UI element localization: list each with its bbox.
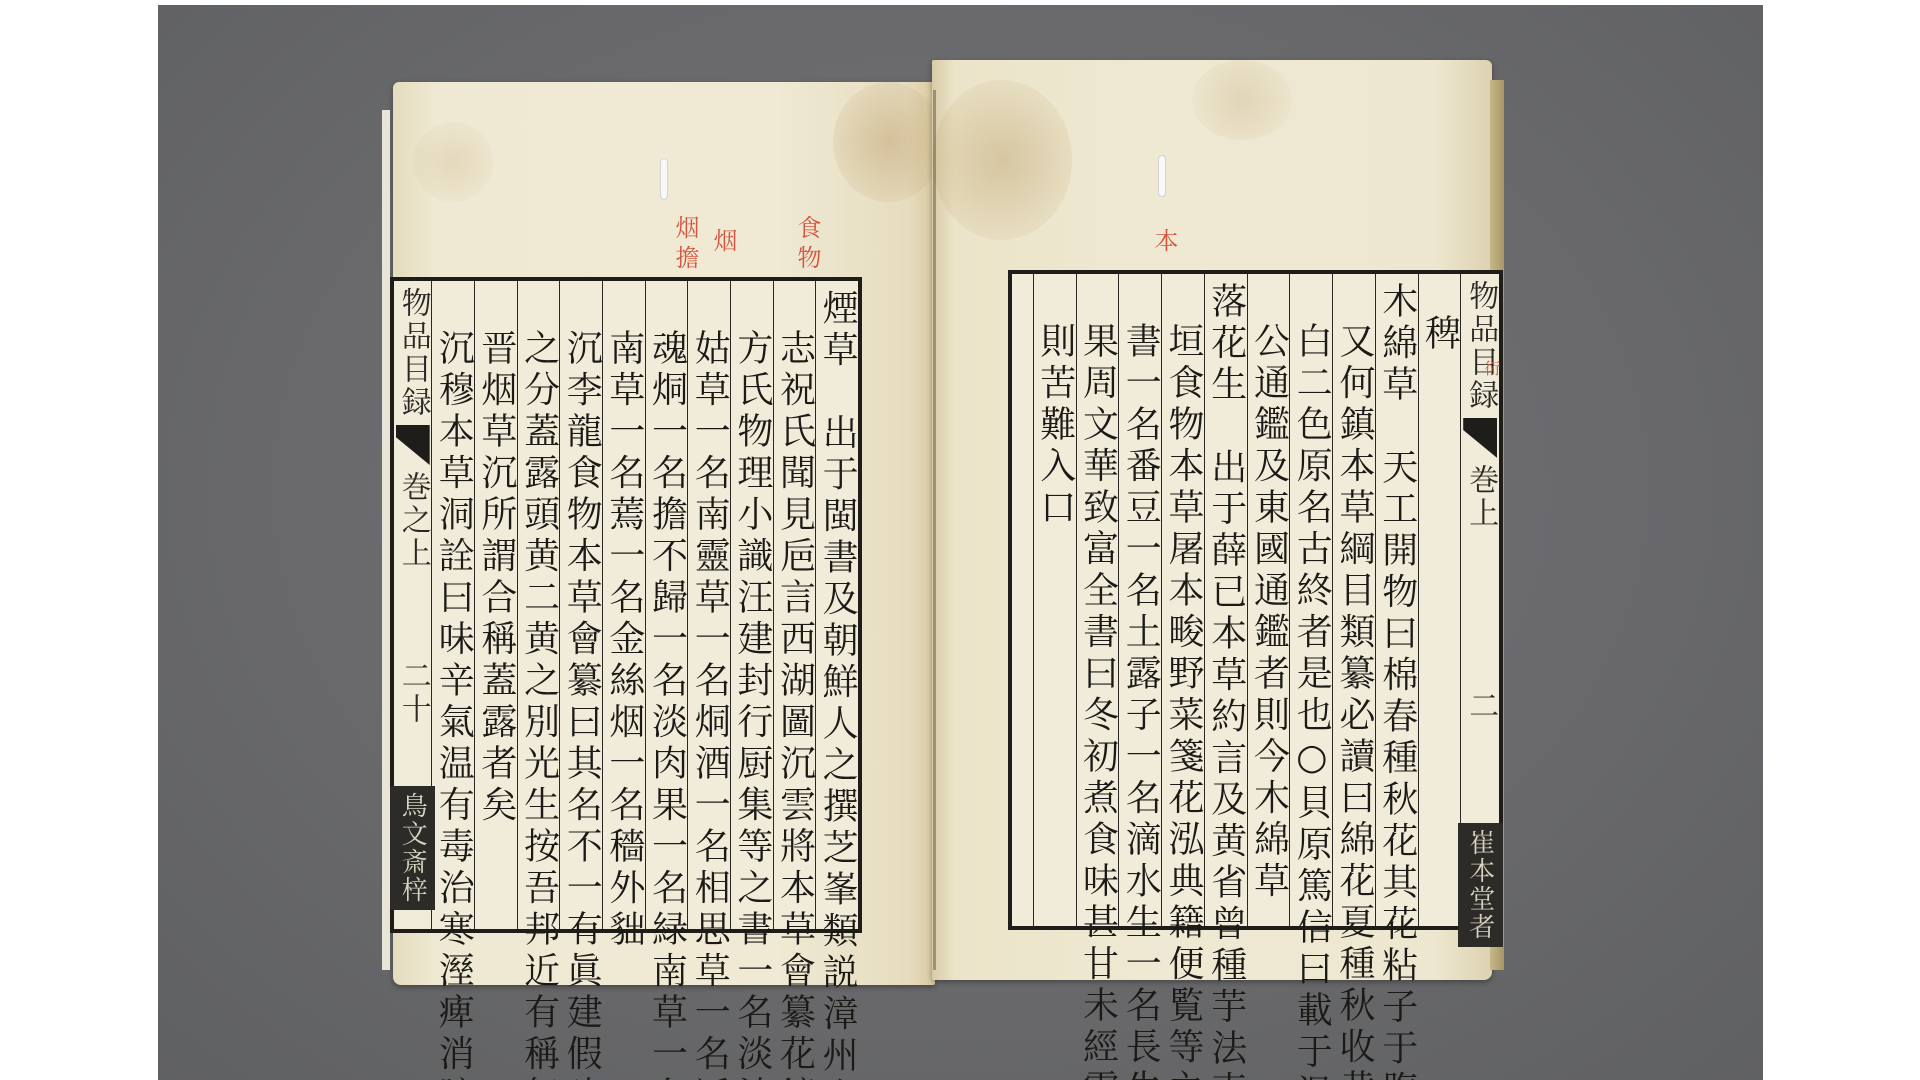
volume-label: 巻之上 — [391, 471, 435, 570]
text-column: 公通鑑及東國通鑑者則今木綿草 — [1247, 274, 1290, 926]
page-number: 二 — [1458, 690, 1502, 723]
paper-marker — [660, 158, 668, 200]
water-stain — [833, 82, 943, 202]
publisher-tag: 崔本堂者 — [1458, 823, 1503, 947]
text-column: 姑草一名南靈草一名烔酒一名相思草一名返 — [687, 281, 730, 929]
paper-marker — [1158, 155, 1166, 197]
text-column: 則苦難入口 — [1033, 274, 1076, 926]
text-column: 煙草 出于閩書及朝鮮人之撰芝峯類説漳州府 — [815, 281, 858, 929]
header-column: 稗 — [1418, 274, 1461, 926]
empty-column — [1012, 274, 1033, 926]
water-stain — [1192, 60, 1292, 140]
margin-column: 物品目録 巻之上 二十 鳥文斎梓 — [394, 281, 431, 929]
text-column: 果周文華致富全書曰冬初煮食味甚甘未經霜 — [1076, 274, 1119, 926]
water-stain — [932, 80, 1072, 240]
text-column: 書一名番豆一名土露子一名滴水生一名長生 — [1118, 274, 1161, 926]
text-column: 垣食物本草屠本畯野菜箋花泓典籍便覧等之 — [1161, 274, 1204, 926]
red-annotation: 烟 — [706, 228, 741, 258]
text-column: 方氏物理小識汪建封行厨集等之書一名淡婆 — [730, 281, 773, 929]
text-column: 木綿草 天工開物曰棉春種秋花其花粘子于腹 — [1375, 274, 1418, 926]
text-column: 南草一名蔫一名金絲烟一名穡外貀 — [602, 281, 645, 929]
page-number: 二十 — [391, 660, 435, 726]
text-column: 白二色原名古終者是也○貝原篤信曰載于温 — [1289, 274, 1332, 926]
book-title: 物品目録 — [391, 287, 435, 419]
fishtail-mark — [1463, 418, 1497, 458]
text-column: 又何鎮本草綱目類纂必讀曰綿花夏種秋收黄 — [1332, 274, 1375, 926]
right-columns: 物品目録 巻上 二 崔本堂者 稗 木綿草 天工開物曰棉春種秋花其花粘子于腹 又何… — [1012, 274, 1499, 926]
text-column: 魂烔一名擔不歸一名淡肉果一名緑南草一名 — [645, 281, 688, 929]
red-annotation: 衍 — [1480, 360, 1503, 382]
red-annotation: 食物 — [790, 215, 825, 275]
fishtail-mark — [396, 425, 430, 465]
left-text-frame: 煙草 出于閩書及朝鮮人之撰芝峯類説漳州府 志祝氏聞見巵言西湖圖沉雲將本草會纂花鏡… — [390, 277, 862, 933]
left-columns: 煙草 出于閩書及朝鮮人之撰芝峯類説漳州府 志祝氏聞見巵言西湖圖沉雲將本草會纂花鏡… — [394, 281, 858, 929]
right-text-frame: 物品目録 巻上 二 崔本堂者 稗 木綿草 天工開物曰棉春種秋花其花粘子于腹 又何… — [1008, 270, 1503, 930]
text-column: 落花生 出于薛已本草約言及黄省曾種芋法東 — [1204, 274, 1247, 926]
text-column: 沉李龍食物本草會纂曰其名不一有眞建假建 — [559, 281, 602, 929]
red-annotation: 本 — [1147, 228, 1182, 258]
volume-label: 巻上 — [1458, 464, 1502, 530]
text-column: 之分蓋露頭黄二黄之別光生按吾邦近有稱舞 — [517, 281, 560, 929]
red-annotation: 烟擔 — [668, 215, 703, 275]
book-gutter — [933, 90, 936, 970]
water-stain — [413, 122, 493, 202]
book-title: 物品目録 — [1458, 280, 1502, 412]
publisher-tag: 鳥文斎梓 — [390, 786, 435, 910]
text-column: 志祝氏聞見巵言西湖圖沉雲將本草會纂花鏡 — [773, 281, 816, 929]
